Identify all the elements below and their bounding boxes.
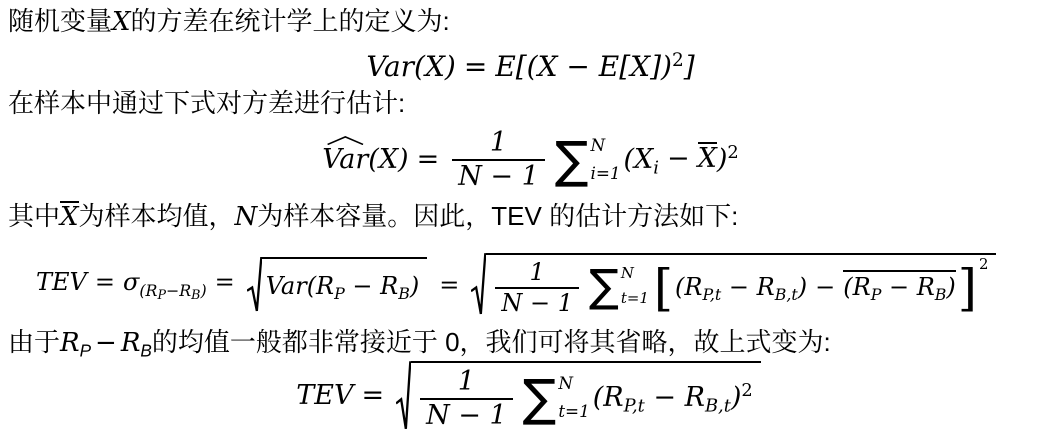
sum-lower-limit: t=1	[621, 290, 649, 308]
math-minus-r: − R	[345, 272, 398, 300]
paragraph-sample-estimate-intro: 在样本中通过下式对方差进行估计:	[8, 87, 405, 120]
math-var-x: X	[112, 7, 131, 37]
fraction: 1N − 1	[452, 127, 545, 193]
exponent: 2	[979, 256, 988, 274]
math-lhs: Var(X)	[366, 50, 456, 83]
widehat-group: Var	[322, 144, 368, 176]
math-fn: Var	[322, 144, 368, 175]
fraction-numerator: 1	[524, 258, 551, 286]
math-close: )	[731, 382, 742, 413]
fraction: 1N − 1	[495, 258, 579, 317]
sum-lower-limit: t=1	[558, 401, 589, 421]
paragraph-simplification-note: 由于RP−RB的均值一般都非常接近于 0，我们可将其省略，故上式变为:	[8, 326, 831, 362]
math-arg: (X)	[368, 144, 408, 175]
paragraph-variance-definition-intro: 随机变量X的方差在统计学上的定义为:	[8, 5, 450, 39]
formula-variance-definition: Var(X)=E[(X − E[X])2]	[0, 46, 1061, 88]
paragraph-notation-explain: 其中X为样本均值，N为样本容量。因此，TEV 的估计方法如下:	[8, 200, 738, 234]
sum-group: ∑Nt=1	[589, 264, 649, 312]
sub-minus: −R	[166, 281, 191, 300]
subscript-i: i	[653, 157, 659, 178]
math-body: E[(X − E[X])	[495, 50, 672, 83]
sub-bt: B,t	[775, 286, 798, 305]
fraction-denominator: N − 1	[495, 287, 579, 317]
sqrt-radical-icon	[471, 253, 486, 317]
formula-sample-variance: Var (X)= 1N − 1 ∑Ni=1 (Xi−X)2	[0, 124, 1061, 196]
math-close: )	[410, 272, 419, 300]
exponent: 2	[741, 380, 752, 401]
math-close: )	[717, 143, 728, 174]
sub-close: )	[200, 281, 206, 300]
math-close: )	[946, 273, 955, 301]
exponent: 2	[672, 50, 684, 71]
minus-sign: −	[667, 143, 690, 174]
sum-operator: ∑	[555, 140, 589, 181]
equals-sign: =	[215, 268, 235, 296]
sub-b: B	[140, 340, 151, 360]
fraction-numerator: 1	[452, 366, 481, 398]
formula-tev-simplified: TEV= 1N − 1∑Nt=1(RP,t − RB,t)2	[0, 361, 1061, 431]
math-n: N	[235, 202, 258, 232]
math-open: (R	[593, 382, 624, 413]
sigma-subscript: (RP−RB)	[139, 281, 206, 300]
sigma-symbol: σ	[123, 268, 139, 296]
sum-operator: ∑	[523, 378, 557, 419]
math-minus-r: − R	[881, 273, 934, 301]
equals-sign: =	[361, 380, 384, 411]
math-minus-r: − R	[645, 382, 705, 413]
text-mid: 为样本均值，	[79, 201, 235, 231]
sub-pt: P,t	[702, 286, 721, 305]
math-tev: TEV	[296, 380, 353, 411]
fraction-denominator: N − 1	[452, 159, 545, 193]
sum-upper-limit: N	[590, 135, 620, 155]
text-pre: 其中	[8, 201, 60, 231]
text-post: 的方差在统计学上的定义为:	[131, 6, 450, 36]
equals-sign: =	[464, 50, 487, 83]
sqrt-radical-icon	[247, 257, 262, 313]
math-open: (X	[624, 143, 654, 174]
math-tev: TEV	[36, 268, 87, 296]
formula-tev-estimation: TEV=σ(RP−RB)= Var(RP − RB) = 1N − 1∑Nt=1…	[36, 243, 1000, 327]
sub-p: P	[80, 340, 91, 360]
sum-operator: ∑	[589, 269, 619, 305]
sub-p: P	[871, 286, 882, 305]
sub-p: P	[157, 286, 166, 301]
text-post: 为样本容量。因此，TEV 的估计方法如下:	[257, 201, 738, 231]
exponent: 2	[727, 142, 738, 163]
sub-open: (R	[139, 281, 157, 300]
sub-b: B	[398, 284, 410, 303]
sum-upper-limit: N	[621, 265, 649, 283]
math-close: )	[798, 273, 807, 301]
text-pre: 随机变量	[8, 6, 112, 36]
widehat-icon	[326, 136, 365, 145]
text-post: 的均值一般都非常接近于 0，我们可将其省略，故上式变为:	[152, 327, 831, 357]
sqrt-group: 1N − 1∑Nt=1(RP,t − RB,t)2	[396, 361, 761, 432]
x-bar: X	[698, 142, 717, 173]
fraction-numerator: 1	[484, 127, 513, 159]
text: 在样本中通过下式对方差进行估计:	[8, 88, 405, 118]
sum-group: ∑Nt=1	[523, 372, 590, 426]
sum-group: ∑Ni=1	[555, 133, 621, 187]
sub-b: B	[935, 286, 947, 305]
sqrt-radical-icon	[396, 361, 411, 432]
sub-p: P	[334, 284, 345, 303]
text-pre: 由于	[8, 327, 60, 357]
fraction: 1N − 1	[420, 366, 513, 432]
equals-sign: =	[95, 268, 115, 296]
sqrt-group: 1N − 1∑Nt=1[(RP,t − RB,t)−(RP − RB)]2	[471, 253, 996, 317]
math-open: (R	[675, 273, 702, 301]
fraction-denominator: N − 1	[420, 398, 513, 432]
math-r: R	[60, 328, 80, 358]
equals-sign: =	[439, 271, 459, 299]
sum-upper-limit: N	[558, 373, 589, 393]
math-r: R	[121, 328, 141, 358]
math-close: ]	[684, 50, 695, 83]
minus-sign: −	[95, 328, 117, 358]
sub-bt: B,t	[705, 396, 731, 417]
math-open: (R	[843, 273, 870, 301]
document-page: { "page": { "background": "#ffffff", "te…	[0, 0, 1061, 433]
x-bar: X	[60, 201, 79, 231]
sub-pt: P,t	[624, 396, 645, 417]
minus-sign: −	[815, 273, 835, 301]
overline-group: (RP − RB)	[843, 270, 956, 303]
sum-lower-limit: i=1	[590, 163, 620, 183]
sqrt-group: Var(RP − RB)	[247, 257, 427, 313]
equals-sign: =	[417, 144, 440, 175]
math-var: Var(R	[266, 272, 334, 300]
math-minus-r: − R	[721, 273, 774, 301]
